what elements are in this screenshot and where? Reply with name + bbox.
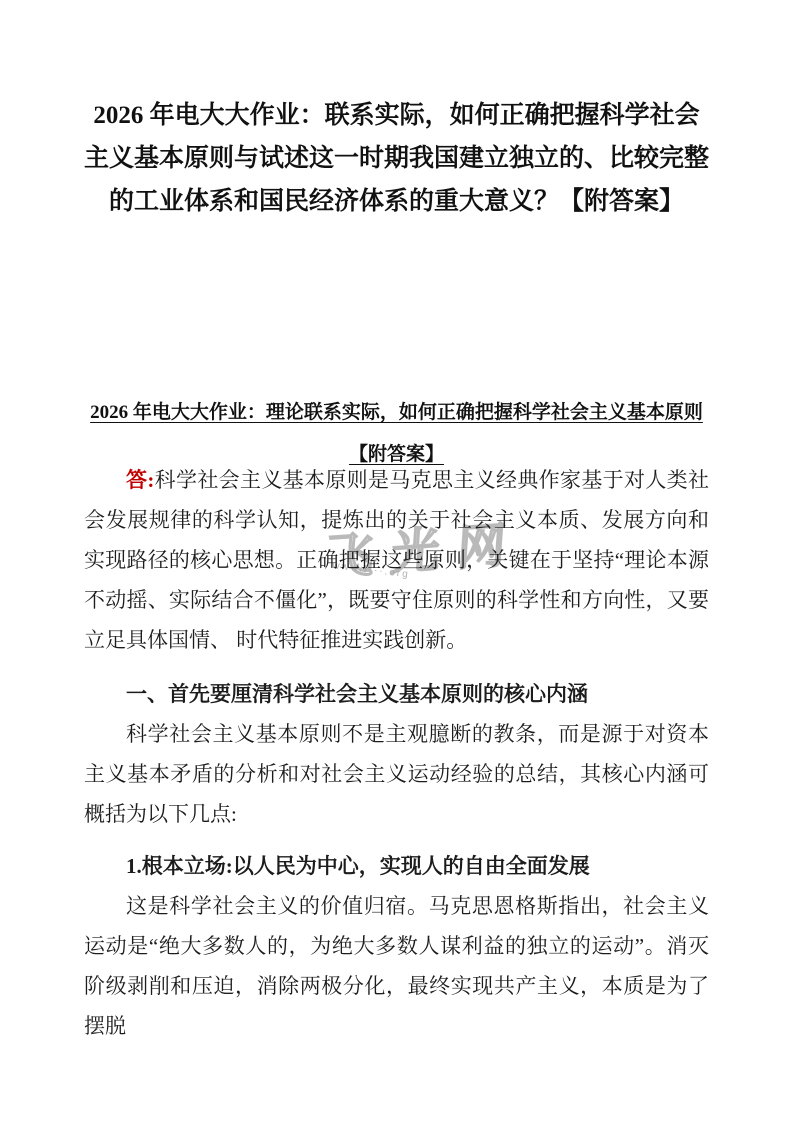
answer-text: 科学社会主义基本原则是马克思主义经典作家基于对人类社会发展规律的科学认知，提炼出… xyxy=(84,468,709,652)
document-body: 答:科学社会主义基本原则是马克思主义经典作家基于对人类社会发展规律的科学认知，提… xyxy=(84,460,709,1046)
section-heading-1: 一、首先要厘清科学社会主义基本原则的核心内涵 xyxy=(84,674,709,714)
section-heading-2: 1.根本立场:以人民为中心，实现人的自由全面发展 xyxy=(84,846,709,886)
document-page: 飞光网 www.f···.org 2026 年电大大作业：联系实际，如何正确把握… xyxy=(0,0,793,1122)
section-paragraph-1: 科学社会主义基本原则不是主观臆断的教条，而是源于对资本主义基本矛盾的分析和对社会… xyxy=(84,714,709,834)
document-title: 2026 年电大大作业：联系实际，如何正确把握科学社会主义基本原则与试述这一时期… xyxy=(84,94,709,223)
section-paragraph-2: 这是科学社会主义的价值归宿。马克思恩格斯指出，社会主义运动是“绝大多数人的，为绝… xyxy=(84,886,709,1046)
answer-paragraph: 答:科学社会主义基本原则是马克思主义经典作家基于对人类社会发展规律的科学认知，提… xyxy=(84,460,709,660)
answer-label: 答: xyxy=(126,468,154,492)
